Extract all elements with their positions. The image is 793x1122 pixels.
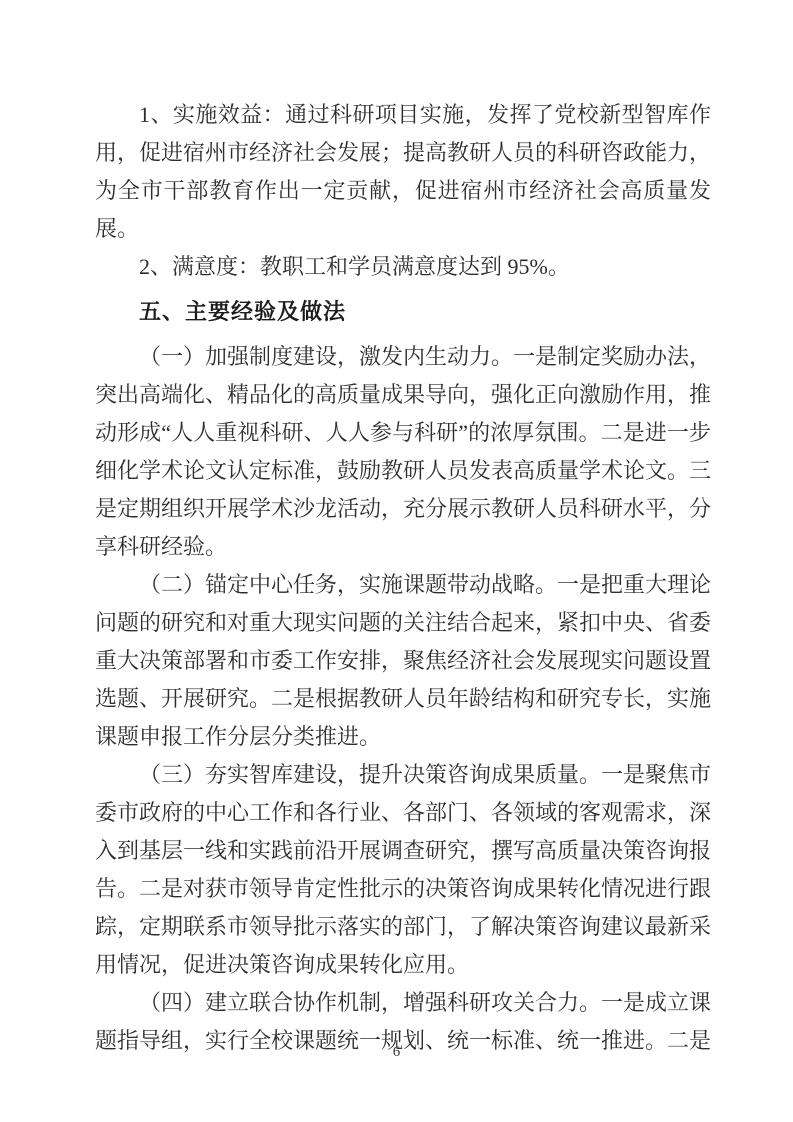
- paragraph-satisfaction: 2、满意度：教职工和学员满意度达到 95%。: [95, 248, 711, 286]
- page-number: 6: [0, 1044, 793, 1061]
- document-body: 1、实施效益：通过科研项目实施，发挥了党校新型智库作用，促进宿州市经济社会发展；…: [95, 96, 711, 1060]
- section-heading-experience-and-practices: 五、主要经验及做法: [95, 293, 711, 331]
- paragraph-item-3-think-tank: （三）夯实智库建设，提升决策咨询成果质量。一是聚焦市委市政府的中心工作和各行业、…: [95, 756, 711, 984]
- paragraph-item-2-central-tasks: （二）锚定中心任务，实施课题带动战略。一是把重大理论问题的研究和对重大现实问题的…: [95, 566, 711, 756]
- paragraph-item-1-system-building: （一）加强制度建设，激发内生动力。一是制定奖励办法，突出高端化、精品化的高质量成…: [95, 338, 711, 566]
- document-page: 1、实施效益：通过科研项目实施，发挥了党校新型智库作用，促进宿州市经济社会发展；…: [0, 0, 793, 1122]
- paragraph-implementation-benefit: 1、实施效益：通过科研项目实施，发挥了党校新型智库作用，促进宿州市经济社会发展；…: [95, 96, 711, 248]
